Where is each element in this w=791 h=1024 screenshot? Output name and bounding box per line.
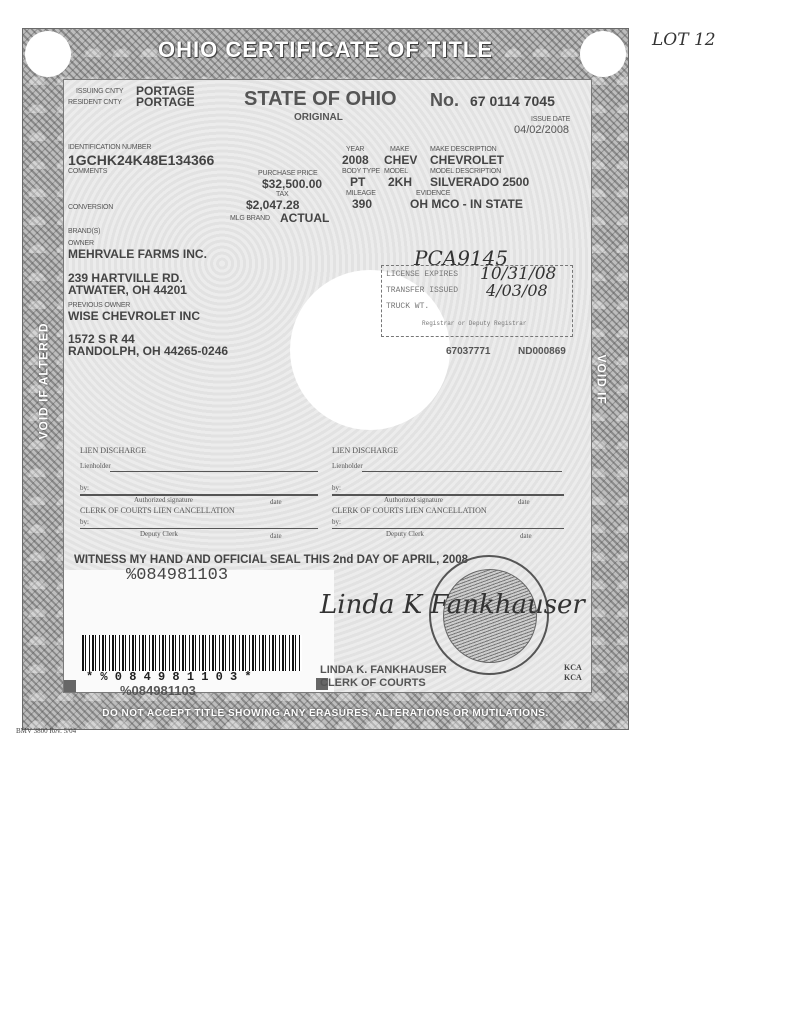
alteration-warning: DO NOT ACCEPT TITLE SHOWING ANY ERASURES…: [23, 708, 628, 719]
punch-hole: [580, 31, 626, 77]
make: CHEV: [384, 153, 417, 167]
clerk-signature: Linda K Fankhauser: [320, 590, 585, 620]
purchase-price-label: PURCHASE PRICE: [258, 170, 317, 177]
stamp-footer: Registrar or Deputy Registrar: [422, 320, 526, 327]
previous-owner-label: PREVIOUS OWNER: [68, 302, 130, 309]
conversion-label: CONVERSION: [68, 204, 113, 211]
model-desc: SILVERADO 2500: [430, 175, 529, 189]
by-label: by:: [332, 518, 341, 526]
evidence-label: EVIDENCE: [416, 190, 450, 197]
issuing-county-label: ISSUING CNTY: [76, 88, 123, 95]
lien-discharge-heading: LIEN DISCHARGE: [332, 446, 398, 455]
authorized-signature-label: Authorized signature: [134, 496, 193, 504]
certificate-title: OHIO CERTIFICATE OF TITLE: [103, 37, 548, 67]
stamp-truck-weight-label: TRUCK WT.: [386, 302, 429, 311]
model: 2KH: [388, 175, 412, 189]
resident-county-label: RESIDENT CNTY: [68, 99, 122, 106]
brands-label: BRAND(S): [68, 228, 100, 235]
owner-address-line2: ATWATER, OH 44201: [68, 283, 187, 297]
lienholder-label: Lienholder: [80, 462, 111, 470]
date-label: date: [270, 532, 282, 540]
previous-owner-address-line2: RANDOLPH, OH 44265-0246: [68, 344, 228, 358]
tax-label: TAX: [276, 191, 289, 198]
certificate-of-title: OHIO CERTIFICATE OF TITLE VOID IF ALTERE…: [22, 28, 629, 730]
issue-date-label: ISSUE DATE: [531, 116, 570, 123]
evidence: OH MCO - IN STATE: [410, 197, 523, 211]
year: 2008: [342, 153, 369, 167]
model-desc-label: MODEL DESCRIPTION: [430, 168, 501, 175]
deputy-clerk-field[interactable]: [332, 528, 564, 529]
year-label: YEAR: [346, 146, 364, 153]
model-label: MODEL: [384, 168, 408, 175]
form-number: BMV 3800 Rev. 5/04: [16, 727, 76, 735]
lien-cancellation-heading: CLERK OF COURTS LIEN CANCELLATION: [80, 506, 235, 515]
stamp-transfer-issued: 4/03/08: [486, 281, 548, 300]
make-desc-label: MAKE DESCRIPTION: [430, 146, 496, 153]
make-label: MAKE: [390, 146, 409, 153]
mileage-label: MILEAGE: [346, 190, 376, 197]
registration-mark: [64, 680, 76, 692]
clerk-title: CLERK OF COURTS: [320, 677, 426, 689]
title-number-label: No.: [430, 90, 459, 111]
body-type-label: BODY TYPE: [342, 168, 380, 175]
state-heading: STATE OF OHIO: [244, 88, 397, 111]
initials: KCA: [564, 663, 582, 672]
lienholder-field[interactable]: [362, 471, 562, 472]
tax: $2,047.28: [246, 198, 299, 212]
witness-statement: WITNESS MY HAND AND OFFICIAL SEAL THIS 2…: [74, 554, 468, 566]
mlg-brand: ACTUAL: [280, 211, 329, 225]
mileage: 390: [352, 197, 372, 211]
purchase-price: $32,500.00: [262, 177, 322, 191]
by-label: by:: [332, 484, 341, 492]
owner-name: MEHRVALE FARMS INC.: [68, 247, 207, 261]
registrar-stamp: LICENSE EXPIRES 10/31/08 TRANSFER ISSUED…: [381, 265, 573, 337]
lien-discharge-heading: LIEN DISCHARGE: [80, 446, 146, 455]
resident-county: PORTAGE: [136, 95, 194, 109]
lienholder-field[interactable]: [110, 471, 318, 472]
barcode-top-text: %084981103: [126, 566, 228, 585]
vin: 1GCHK24K48E134366: [68, 152, 214, 168]
lot-annotation: LOT 12: [652, 30, 716, 50]
title-number: 67 0114 7045: [470, 93, 555, 109]
previous-owner-name: WISE CHEVROLET INC: [68, 309, 200, 323]
copy-type: ORIGINAL: [294, 112, 343, 123]
date-label: date: [518, 498, 530, 506]
by-label: by:: [80, 518, 89, 526]
lienholder-label: Lienholder: [332, 462, 363, 470]
make-desc: CHEVROLET: [430, 153, 504, 167]
body-type: PT: [350, 175, 365, 189]
reference-number-2: ND000869: [518, 346, 566, 357]
deputy-clerk-field[interactable]: [80, 528, 318, 529]
issue-date: 04/02/2008: [514, 124, 569, 136]
clerk-name: LINDA K. FANKHAUSER: [320, 664, 447, 676]
barcode-bottom-text: %084981103: [120, 683, 196, 698]
lien-cancellation-heading: CLERK OF COURTS LIEN CANCELLATION: [332, 506, 487, 515]
date-label: date: [270, 498, 282, 506]
punch-hole: [25, 31, 71, 77]
deputy-clerk-label: Deputy Clerk: [140, 530, 178, 538]
mlg-brand-label: MLG BRAND: [230, 215, 270, 222]
barcode-human-readable: * % 0 8 4 9 8 1 1 0 3 *: [86, 670, 252, 684]
comments-label: COMMENTS: [68, 168, 107, 175]
date-label: date: [520, 532, 532, 540]
authorized-signature-label: Authorized signature: [384, 496, 443, 504]
vin-label: IDENTIFICATION NUMBER: [68, 144, 151, 151]
initials: KCA: [564, 673, 582, 682]
authorized-signature-field[interactable]: [332, 494, 564, 496]
reference-number-1: 67037771: [446, 346, 491, 357]
by-label: by:: [80, 484, 89, 492]
void-if-altered-left: VOID IF ALTERED: [37, 323, 51, 440]
barcode: [82, 635, 302, 671]
owner-label: OWNER: [68, 240, 94, 247]
stamp-license-label: LICENSE EXPIRES: [386, 270, 458, 279]
stamp-transfer-label: TRANSFER ISSUED: [386, 286, 458, 295]
deputy-clerk-label: Deputy Clerk: [386, 530, 424, 538]
authorized-signature-field[interactable]: [80, 494, 318, 496]
certificate-body: ISSUING CNTY PORTAGE RESIDENT CNTY PORTA…: [63, 79, 592, 693]
